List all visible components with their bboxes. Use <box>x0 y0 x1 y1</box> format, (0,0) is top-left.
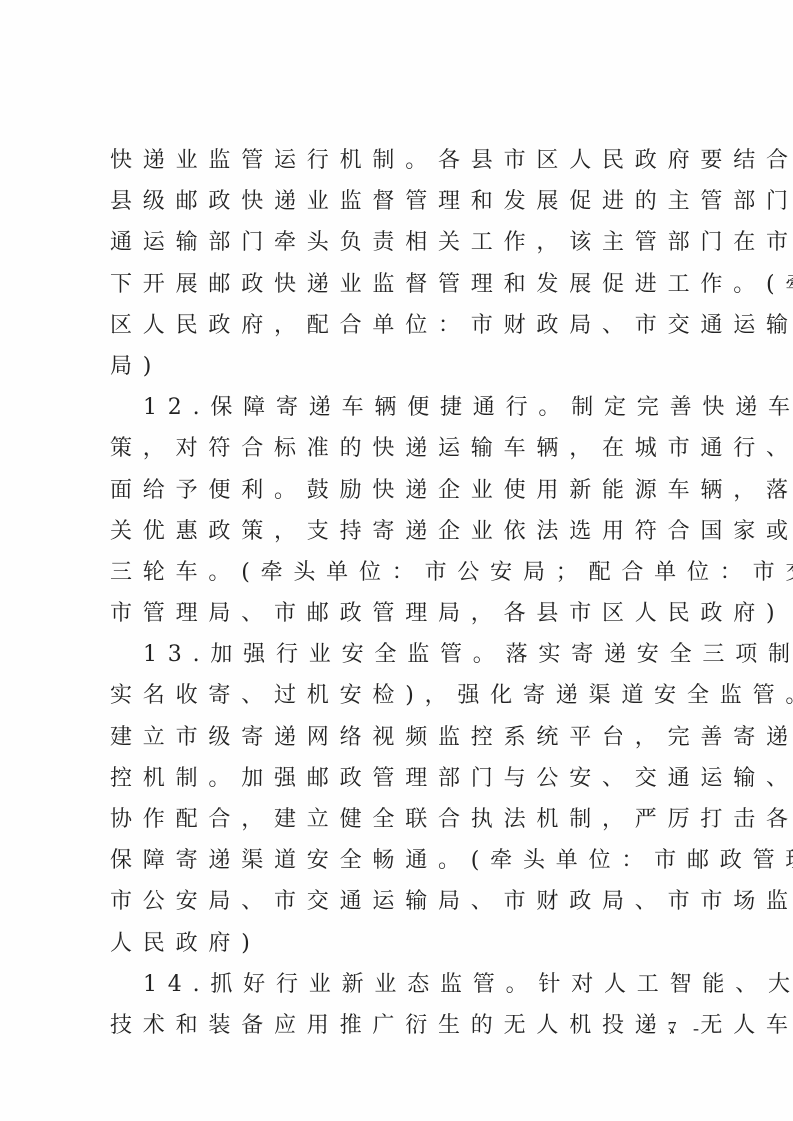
text-line: 技术和装备应用推广衍生的无人机投递、无人车投递等新业态、 <box>110 1005 704 1046</box>
text-line: 人民政府) <box>110 923 704 964</box>
text-line: 关优惠政策，支持寄递企业依法选用符合国家或行业标准的电动 <box>110 511 704 552</box>
page-number: - 7 - <box>645 1018 705 1039</box>
text-line: 实名收寄、过机安检)，强化寄递渠道安全监管。推广智能安检机， <box>110 675 704 716</box>
text-line: 下开展邮政快递业监督管理和发展促进工作。(牵头单位：各县市 <box>110 264 704 305</box>
text-line: 建立市级寄递网络视频监控系统平台，完善寄递渠道风险分级管 <box>110 717 704 758</box>
text-line: 通运输部门牵头负责相关工作，该主管部门在市邮政管理局指导 <box>110 222 704 263</box>
text-line: 快递业监管运行机制。各县市区人民政府要结合本地实际，明确 <box>110 140 704 181</box>
text-line: 控机制。加强邮政管理部门与公安、交通运输、市场监管等部门 <box>110 758 704 799</box>
text-line: 保障寄递渠道安全畅通。(牵头单位：市邮政管理局；配合单位： <box>110 840 704 881</box>
text-line: 县级邮政快递业监督管理和发展促进的主管部门，可依托县级交 <box>110 181 704 222</box>
text-line: 市公安局、市交通运输局、市财政局、市市场监管局，各县市区 <box>110 881 704 922</box>
section-12-heading-line: 12.保障寄递车辆便捷通行。制定完善快递车辆通行管理政 <box>110 387 704 428</box>
body-text: 快递业监管运行机制。各县市区人民政府要结合本地实际，明确 县级邮政快递业监督管理… <box>110 140 704 1046</box>
text-line: 区人民政府，配合单位：市财政局、市交通运输局、市邮政管理 <box>110 305 704 346</box>
text-line: 市管理局、市邮政管理局，各县市区人民政府) <box>110 593 704 634</box>
text-line: 三轮车。(牵头单位：市公安局；配合单位：市交通运输局、市城 <box>110 552 704 593</box>
text-line: 面给予便利。鼓励快递企业使用新能源车辆，落实新能源车辆相 <box>110 470 704 511</box>
text-line: 协作配合，建立健全联合执法机制，严厉打击各类违法违规行为， <box>110 799 704 840</box>
section-14-heading-line: 14.抓好行业新业态监管。针对人工智能、大数据、区块链等 <box>110 964 704 1005</box>
section-13-heading-line: 13.加强行业安全监管。落实寄递安全三项制度(即收寄验视、 <box>110 634 704 675</box>
text-line: 局) <box>110 346 704 387</box>
text-line: 策，对符合标准的快递运输车辆，在城市通行、停靠、装卸等方 <box>110 428 704 469</box>
document-page: 快递业监管运行机制。各县市区人民政府要结合本地实际，明确 县级邮政快递业监督管理… <box>0 0 793 1121</box>
